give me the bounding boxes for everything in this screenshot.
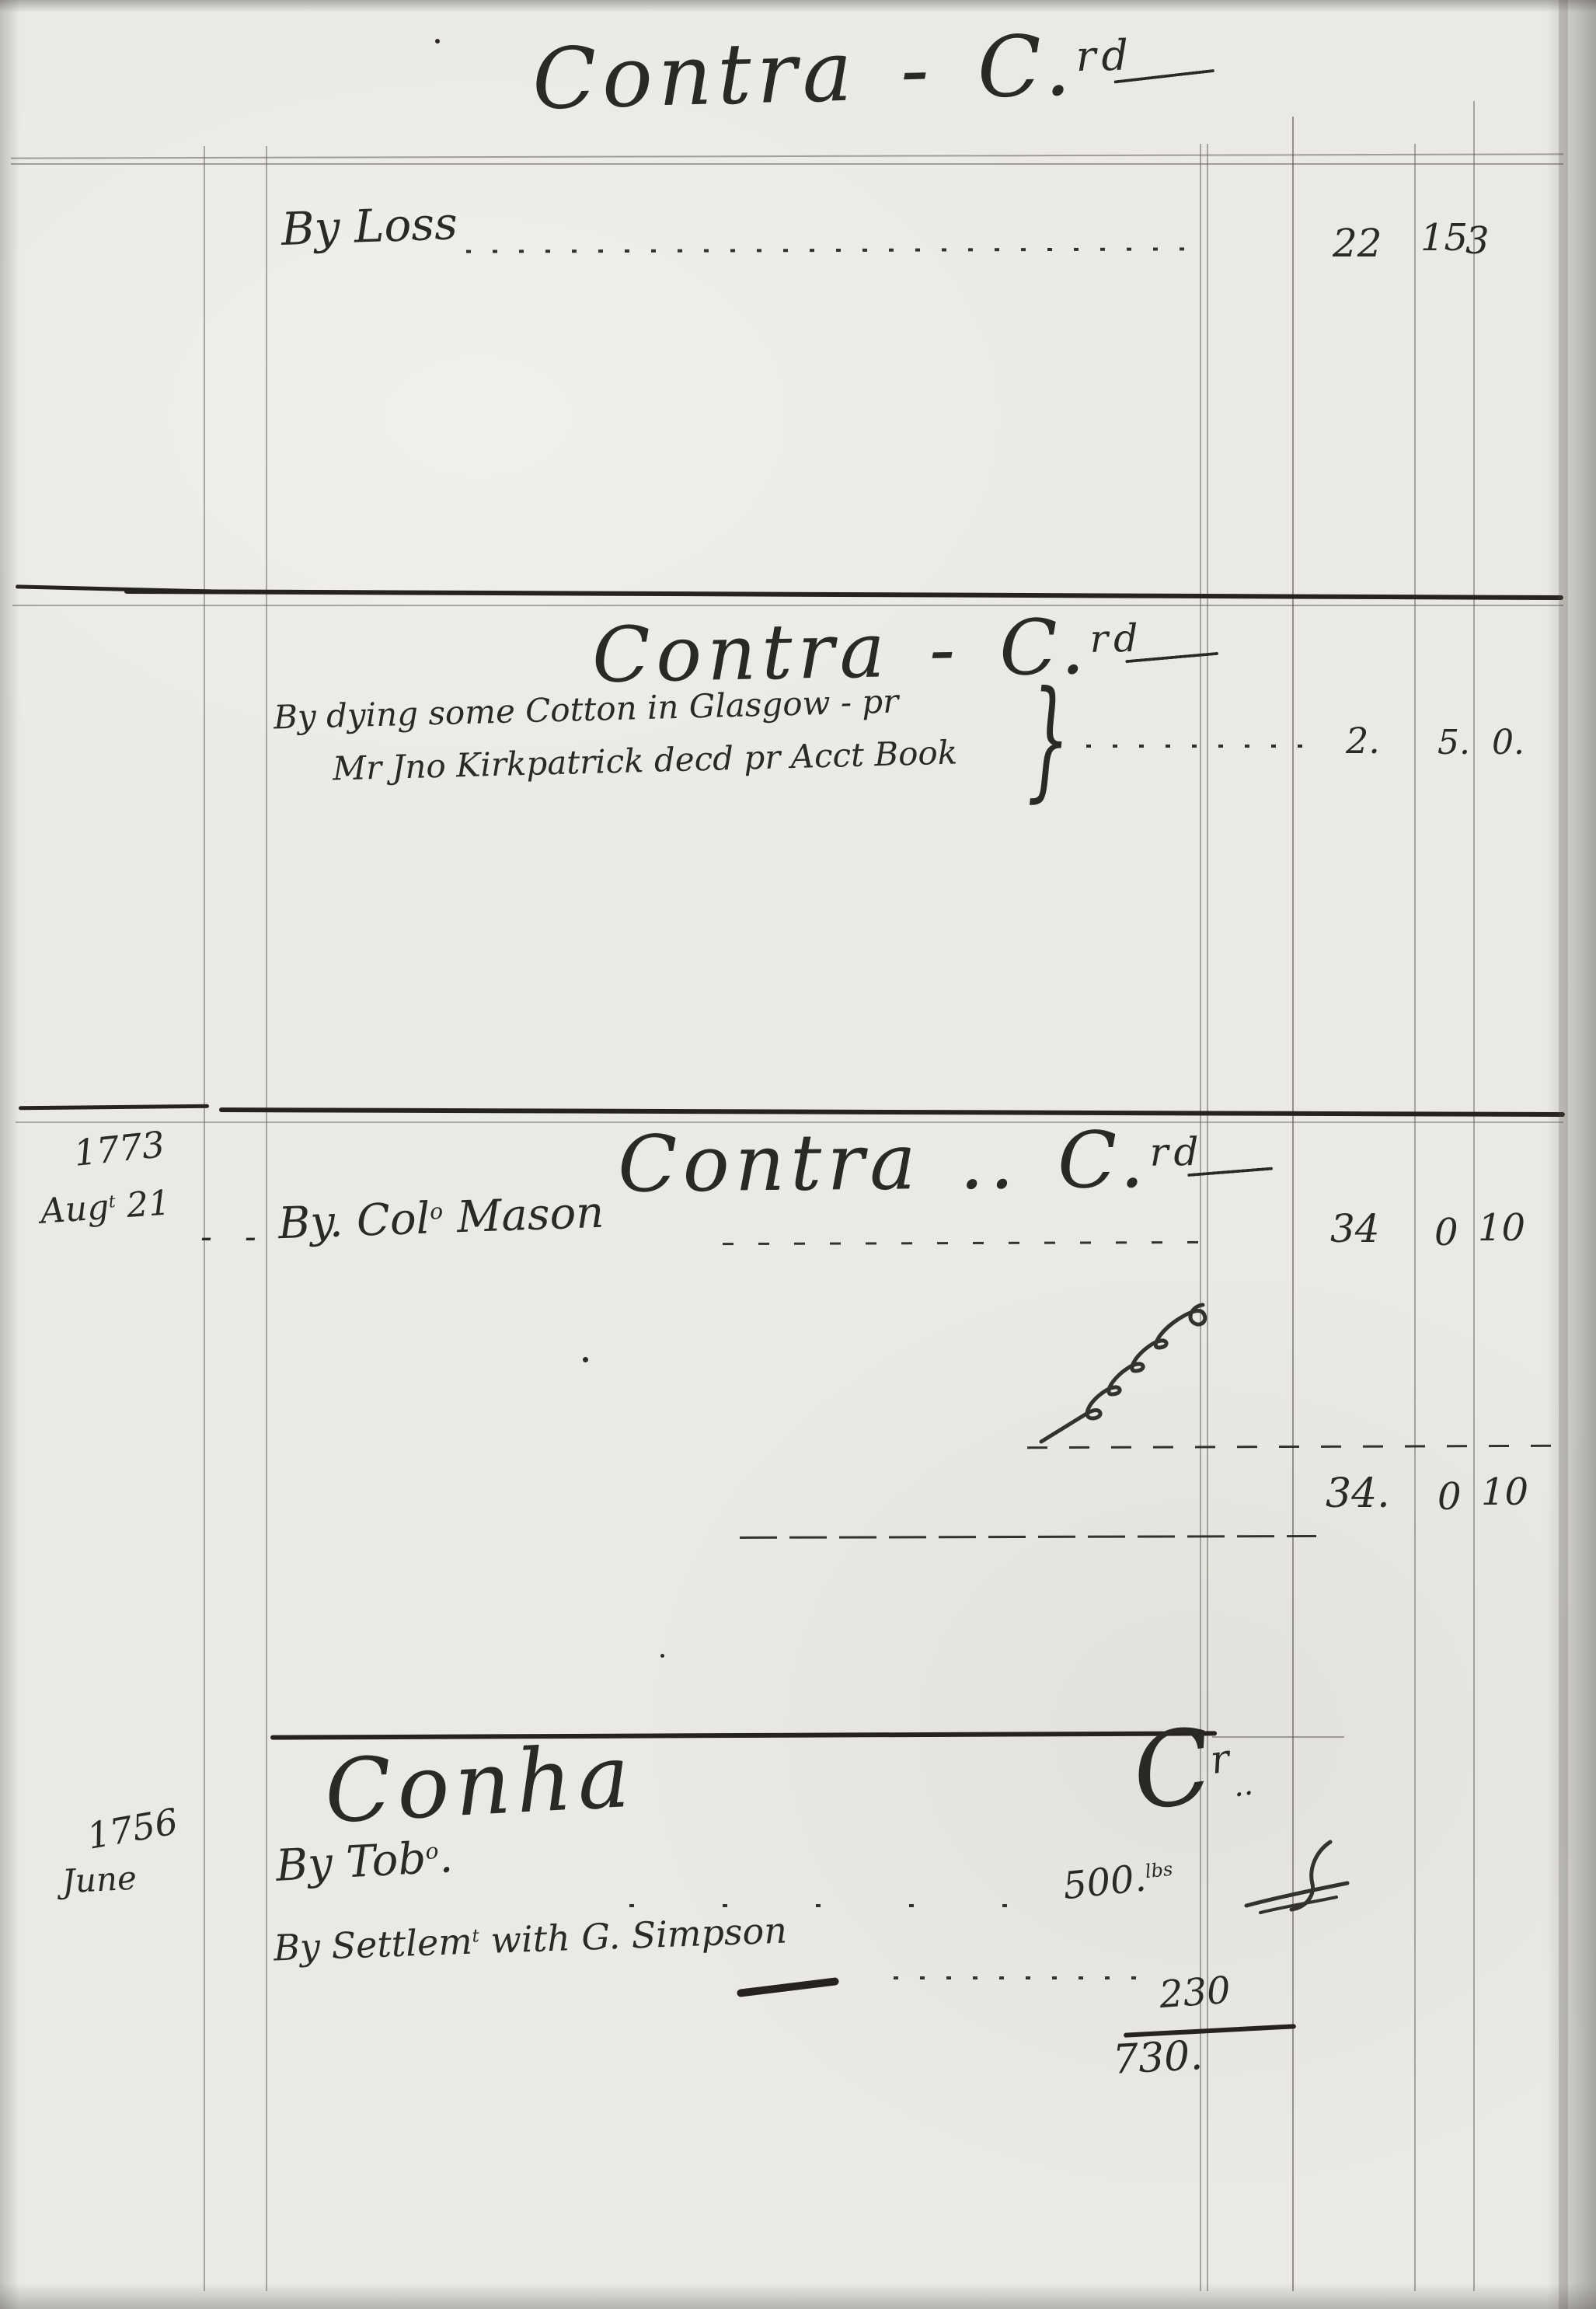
entry-by-loss: By Loss (281, 201, 458, 252)
ink-speck (660, 1654, 664, 1658)
leader-mason (723, 1241, 1200, 1245)
amount-loss-pounds: 22 (1333, 224, 1382, 263)
settlement-dash-flourish (737, 1977, 839, 1997)
page-title-abbr-sup: rd (1075, 31, 1134, 82)
money-rule-4 (1473, 101, 1475, 2291)
section2-title-abbr-sup: rd (1089, 616, 1144, 661)
amount-mason-pence: 10 (1478, 1209, 1525, 1247)
page-edge-right-band (1559, 0, 1568, 2309)
entry-settlement-pre: By Settlem (273, 1920, 472, 1969)
entry-by-loss-text: By Loss (281, 197, 458, 256)
section3-title-main: Contra (618, 1116, 922, 1209)
leader-tobacco (629, 1904, 1057, 1907)
section3-year: 1773 (72, 1126, 166, 1171)
amount-tobacco: 500.lbs (1061, 1857, 1175, 1906)
ink-speck (583, 1357, 588, 1362)
top-rule-upper (11, 153, 1563, 159)
section4-cr-dots: .. (1231, 1766, 1255, 1804)
amount-loss-shillings: 15 (1420, 219, 1468, 256)
section4-year: 1756 (85, 1803, 180, 1854)
leader-by-loss (466, 247, 1200, 253)
entry-cotton-brace: } (1027, 675, 1070, 805)
total-mason-shillings: 0 (1437, 1478, 1462, 1515)
ledger-page: Contra - C.rd By Loss 22 15 3 Contra - C… (0, 0, 1596, 2309)
amount-cotton-shillings: 5. (1437, 726, 1470, 760)
amount-settlement: 230 (1158, 1972, 1232, 2014)
corkscrew-flourish (1035, 1284, 1268, 1451)
money-rule-3 (1414, 144, 1416, 2291)
leader-settlement (894, 1976, 1150, 1979)
entry-mason-date: Augt 21 (40, 1186, 172, 1229)
entry-tobacco: By Tobo. (275, 1836, 454, 1889)
amount-tobacco-value: 500. (1061, 1856, 1148, 1908)
section-separator-2a (19, 1104, 209, 1111)
entry-mason-date-month: Aug (39, 1188, 110, 1232)
section4-title: Conha (322, 1733, 636, 1836)
page-title-abbr: C. (976, 17, 1077, 117)
entry-settlement: By Settlemt with G. Simpson (273, 1912, 787, 1965)
leader-cotton (1086, 745, 1312, 748)
entry-settlement-post: with G. Simpson (479, 1909, 788, 1962)
page-edge-left (0, 0, 20, 2309)
entry-mason-pre: By. Col (277, 1194, 431, 1250)
amount-cotton-pounds: 2. (1346, 723, 1380, 759)
total-underline (740, 1535, 1316, 1539)
section4-title-right: Cr.. (1127, 1708, 1256, 1826)
entry-settlement-sup: t (472, 1926, 479, 1946)
page-edge-right (1546, 0, 1596, 2309)
ink-speck (435, 39, 440, 44)
section2-title-sep: - (929, 605, 961, 695)
section4-month: June (61, 1862, 138, 1899)
page-title-sep: - (899, 21, 936, 119)
total-mason-pence: 10 (1481, 1474, 1528, 1511)
entry-mason-dashes: - - (200, 1220, 267, 1254)
entry-cotton-line1: By dying some Cotton in Glasgow - pr (274, 685, 899, 734)
entry-mason: By. Colo Mason (277, 1191, 605, 1247)
section-separator-1b (124, 589, 1563, 600)
page-edge-bottom (0, 2283, 1596, 2309)
section-separator-2b (219, 1107, 1565, 1117)
amount-cotton-pence: 0. (1492, 726, 1525, 760)
page-edge-top (0, 0, 1596, 12)
entry-cotton-line2: Mr Jno Kirkpatrick decd pr Acct Book (333, 736, 958, 785)
amount-mason-pounds: 34 (1330, 1209, 1380, 1248)
amount-loss-pence: 3 (1465, 222, 1490, 260)
section2-title: Contra - C.rd (591, 607, 1218, 694)
money-rule-1b (1207, 144, 1208, 2291)
page-title: Contra - C.rd (531, 21, 1216, 123)
amount-tobacco-unit: lbs (1144, 1858, 1173, 1883)
entry-mason-date-sup: t (108, 1192, 117, 1212)
entry-mason-date-day: 21 (125, 1183, 171, 1226)
entry-mason-post: Mason (442, 1188, 605, 1243)
section-separator-1c (12, 605, 1563, 606)
entry-tobacco-post: . (437, 1832, 454, 1883)
amount-mason-shillings: 0 (1434, 1214, 1458, 1251)
section3-title-abbr-sup: rd (1149, 1129, 1204, 1175)
section3-title-sep: .. (959, 1115, 1020, 1207)
entry-tobacco-pre: By Tob (274, 1833, 427, 1892)
page-title-main: Contra (531, 23, 859, 129)
entry-tobacco-sup: o (425, 1838, 440, 1864)
section3-title-abbr: C. (1057, 1114, 1150, 1206)
money-rule-1a (1200, 144, 1201, 2291)
top-rule-lower (11, 163, 1563, 165)
pound-flourish (1239, 1834, 1355, 1920)
entry-mason-sup: o (430, 1198, 444, 1225)
money-rule-2 (1292, 117, 1294, 2291)
amount-sum-total: 730. (1112, 2035, 1204, 2081)
section3-title: Contra .. C.rd (618, 1120, 1273, 1203)
section4-cr-c: C (1125, 1705, 1219, 1835)
total-mason-pounds: 34. (1326, 1474, 1390, 1514)
